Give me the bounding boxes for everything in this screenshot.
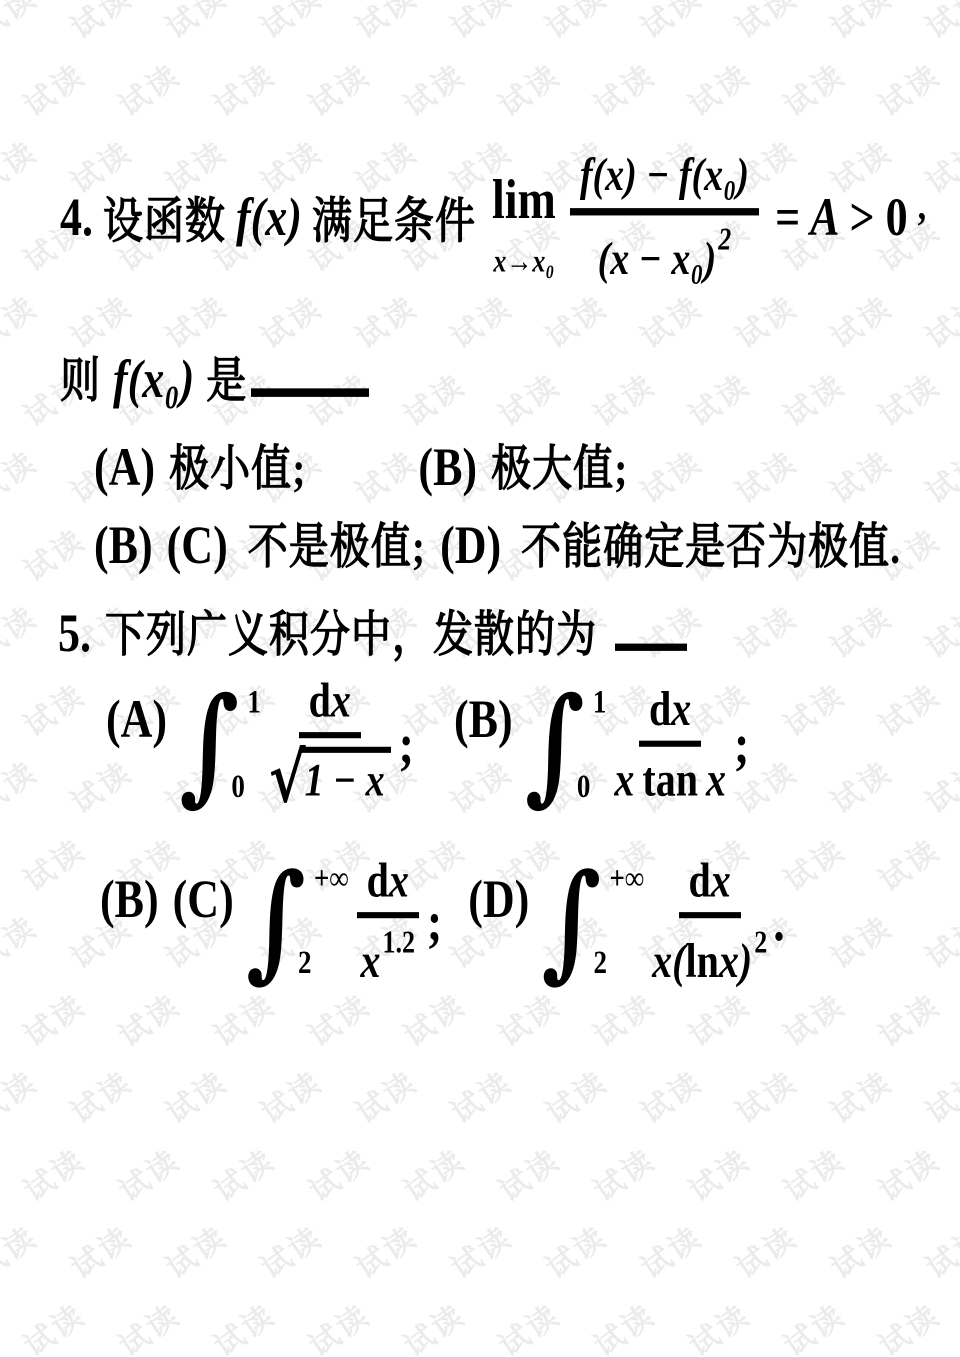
separator-semicolon: ; <box>734 711 749 776</box>
question-5-text: 下列广义积分中，发散的为 <box>105 596 597 666</box>
integral-b-fraction: dx xtanx <box>614 684 726 804</box>
variable-x-paren: x) <box>719 933 752 988</box>
denominator-exponent: 2 <box>718 224 731 256</box>
variable-x: x <box>614 751 634 806</box>
integral-c-upper: +∞ <box>314 860 349 898</box>
integral-c-denominator: x1.2 <box>361 918 416 985</box>
integral-b-upper: 1 <box>593 683 607 721</box>
differential-d: d <box>689 852 711 907</box>
trailing-comma: , <box>918 184 927 230</box>
option-a: (A)极小值; <box>94 430 306 500</box>
exam-page: 试读试读试读试读试读试读试读试读试读试读试读试读试读试读试读试读试读试读试读试读… <box>0 0 960 1357</box>
limit-operator: lim x→x₀ <box>492 174 556 281</box>
question-4-conclusion: 则 f(x₀) 是 <box>60 342 369 412</box>
integral-symbol: ∫ <box>525 685 585 802</box>
option-d-text: 不能确定是否为极值. <box>521 508 901 578</box>
option-b: (B)极大值; <box>418 430 628 500</box>
constant-A: A <box>810 186 839 248</box>
question-4-number: 4. <box>60 186 93 248</box>
question-5-number: 5. <box>58 602 91 664</box>
variable-x: x <box>361 933 381 988</box>
integral-b-limits: 1 0 <box>587 683 607 805</box>
limit-fraction: f(x) − f(x₀) (x − x₀)2 <box>570 152 759 283</box>
ln-function: ln <box>686 933 719 988</box>
integral-d-numerator: dx <box>679 856 741 918</box>
document-content: 4. 设函数 f(x) 满足条件 lim x→x₀ f(x) − f(x₀) (… <box>0 0 960 1357</box>
integral-symbol: ∫ <box>541 862 601 979</box>
integral-c-lower: 2 <box>298 944 349 982</box>
integral-b-sign: ∫ 1 0 <box>525 683 607 805</box>
integral-b-denominator: xtanx <box>614 746 726 803</box>
fraction-numerator: f(x) − f(x₀) <box>570 152 759 215</box>
question-4-stem: 4. 设函数 f(x) 满足条件 lim x→x₀ f(x) − f(x₀) (… <box>60 152 926 283</box>
differential-d: d <box>367 852 389 907</box>
differential-d: d <box>649 680 671 735</box>
variable-x: x <box>671 680 691 735</box>
then-label: 则 <box>60 342 101 412</box>
integral-d-upper: +∞ <box>610 860 645 898</box>
tan-function: tan <box>642 751 698 806</box>
option-b-text: 极大值; <box>491 441 628 496</box>
function-fx: f(x) <box>236 186 302 248</box>
integral-a-sign: ∫ 1 0 <box>179 683 261 805</box>
integral-row2-prefix: (B) <box>100 868 159 930</box>
question-5-integrals-row2: (B) (C) ∫ +∞ 2 dx x1.2 ; (D) ∫ +∞ 2 <box>100 856 785 985</box>
variable-x: x <box>389 852 409 907</box>
integral-b-lower: 0 <box>577 767 607 805</box>
integral-a-numerator: dx <box>299 676 361 738</box>
option-a-label: (A) <box>94 437 155 497</box>
integral-a-label: (A) <box>106 688 167 750</box>
integral-a-limits: 1 0 <box>241 683 261 805</box>
answer-blank-q5 <box>615 636 687 651</box>
integral-d-sign: ∫ +∞ 2 <box>541 860 644 982</box>
exponent-2: 2 <box>754 927 767 959</box>
square-root: √1 − x <box>269 747 391 812</box>
integral-symbol: ∫ <box>246 862 306 979</box>
integral-d-limits: +∞ 2 <box>604 860 645 982</box>
question-4-intro: 设函数 <box>103 183 226 253</box>
option-c-label: (C) <box>167 514 228 576</box>
integral-d-fraction: dx x(lnx)2 <box>652 856 767 985</box>
integral-c-fraction: dx x1.2 <box>357 856 419 985</box>
integral-b-numerator: dx <box>639 684 701 746</box>
integral-d-label: (D) <box>468 868 529 930</box>
variable-x: x <box>711 852 731 907</box>
variable-x: x <box>331 672 351 727</box>
exponent-1-2: 1.2 <box>383 927 416 959</box>
integral-a-upper: 1 <box>247 683 261 721</box>
question-4-condition-label: 满足条件 <box>312 183 476 253</box>
integral-symbol: ∫ <box>179 685 239 802</box>
limit-rhs: = A > 0 , <box>775 186 926 248</box>
greater-than-zero: > 0 <box>850 186 908 248</box>
variable-x: x <box>706 751 726 806</box>
question-5-integrals-row1: (A) ∫ 1 0 dx √1 − x ; (B) ∫ 1 0 <box>106 676 749 812</box>
lim-word: lim <box>492 174 556 224</box>
fraction-denominator: (x − x₀)2 <box>598 215 732 282</box>
integral-c-numerator: dx <box>357 856 419 918</box>
integral-c-limits: +∞ 2 <box>308 860 349 982</box>
integral-b-label: (B) <box>454 688 513 750</box>
option-c-text: 不是极值; <box>248 508 426 578</box>
separator-semicolon: ; <box>399 711 414 776</box>
integral-c-label: (C) <box>173 868 234 930</box>
integral-a-fraction: dx √1 − x <box>269 676 391 812</box>
lim-subscript: x→x₀ <box>493 244 554 281</box>
is-label: 是 <box>206 342 247 412</box>
integral-a-denominator: √1 − x <box>269 738 391 811</box>
integral-d-lower: 2 <box>594 944 645 982</box>
answer-blank <box>251 381 369 397</box>
variable-x-paren: x( <box>652 933 685 988</box>
option-row2-prefix: (B) <box>94 514 153 576</box>
question-4-options-row1: (A)极小值; (B)极大值; <box>94 430 628 500</box>
radicand: 1 − x <box>301 747 391 804</box>
integral-a-lower: 0 <box>231 767 261 805</box>
option-a-text: 极小值; <box>169 441 306 496</box>
function-fx0: f(x₀) <box>113 348 194 410</box>
equals-sign: = <box>775 186 800 248</box>
end-period: . <box>773 888 785 953</box>
separator-semicolon: ; <box>427 888 442 953</box>
question-4-options-row2: (B) (C) 不是极值; (D) 不能确定是否为极值. <box>94 508 901 578</box>
differential-d: d <box>309 672 331 727</box>
integral-c-sign: ∫ +∞ 2 <box>246 860 349 982</box>
integral-d-denominator: x(lnx)2 <box>652 918 767 985</box>
denominator-base: (x − x₀) <box>598 234 717 285</box>
question-5-stem: 5. 下列广义积分中，发散的为 <box>58 596 687 666</box>
option-d-label: (D) <box>440 514 501 576</box>
option-b-label: (B) <box>418 437 477 497</box>
